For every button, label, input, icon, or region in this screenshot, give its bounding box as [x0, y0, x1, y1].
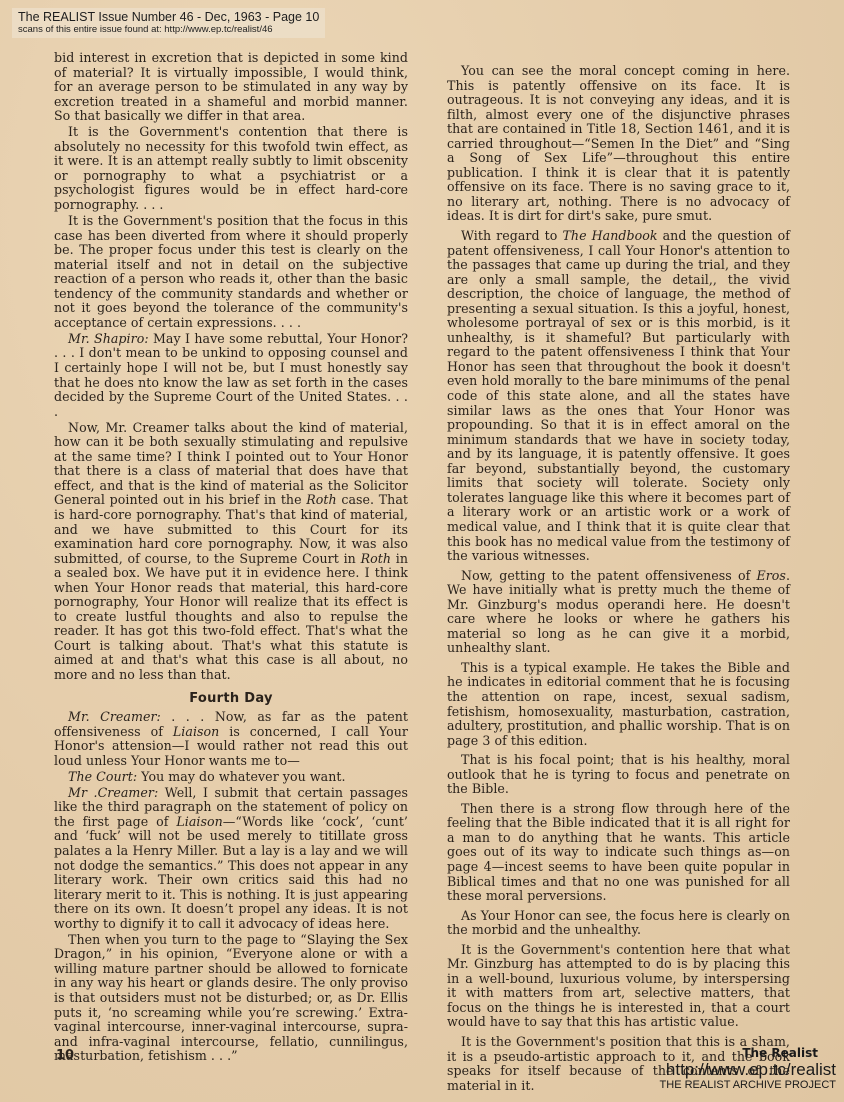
text-run: and the question of patent offensiveness…	[447, 228, 790, 563]
paragraph: This is a typical example. He takes the …	[447, 661, 790, 748]
paragraph: Then when you turn to the page to “Slayi…	[54, 933, 408, 1064]
speaker-name: Mr. Shapiro:	[68, 331, 149, 346]
paragraph: The Court: You may do whatever you want.	[54, 770, 408, 785]
archive-url[interactable]: http://www.ep.tc/realist	[660, 1060, 836, 1079]
paragraph: Now, Mr. Creamer talks about the kind of…	[54, 421, 408, 683]
text-run: in a sealed box. We have put it in evide…	[54, 551, 408, 682]
scan-header: The REALIST Issue Number 46 - Dec, 1963 …	[12, 8, 325, 38]
paragraph: Mr .Creamer: Well, I submit that certain…	[54, 786, 408, 931]
paragraph: It is the Government's position that the…	[54, 214, 408, 330]
issue-title: The REALIST Issue Number 46 - Dec, 1963 …	[18, 10, 319, 24]
page-number: 10	[56, 1048, 74, 1063]
paragraph: It is the Government's contention that t…	[54, 125, 408, 212]
paragraph: That is his focal point; that is his hea…	[447, 753, 790, 797]
scan-source-note: scans of this entire issue found at: htt…	[18, 24, 319, 35]
paragraph: Mr. Shapiro: May I have some rebuttal, Y…	[54, 332, 408, 419]
text-run: —“Words like ‘cock’, ‘cunt’ and ‘fuck’ w…	[54, 814, 408, 931]
case-name: Roth	[361, 551, 391, 566]
publication-name: Eros	[756, 568, 785, 583]
section-heading: Fourth Day	[54, 692, 408, 707]
speaker-name: Mr. Creamer:	[68, 709, 161, 724]
paragraph: Then there is a strong flow through here…	[447, 802, 790, 904]
text-run: With regard to	[461, 228, 562, 243]
text-run: Now, getting to the patent offensiveness…	[461, 568, 756, 583]
archive-footer: The Realist http://www.ep.tc/realist THE…	[660, 1047, 836, 1092]
publication-name: Liaison	[173, 724, 219, 739]
paragraph: It is the Government's contention here t…	[447, 943, 790, 1030]
publication-name: Liaison	[176, 814, 222, 829]
left-column: bid interest in excretion that is depict…	[54, 51, 408, 1065]
right-column: You can see the moral concept coming in …	[447, 64, 790, 1098]
paragraph: You can see the moral concept coming in …	[447, 64, 790, 224]
paragraph: bid interest in excretion that is depict…	[54, 51, 408, 124]
speaker-name: Mr .Creamer:	[68, 785, 158, 800]
paragraph: Mr. Creamer: . . . Now, as far as the pa…	[54, 710, 408, 768]
speech-text: You may do whatever you want.	[137, 769, 345, 784]
archive-project-label: THE REALIST ARCHIVE PROJECT	[660, 1079, 836, 1092]
paragraph: With regard to The Handbook and the ques…	[447, 229, 790, 564]
publication-name: The Handbook	[562, 228, 657, 243]
paragraph: As Your Honor can see, the focus here is…	[447, 909, 790, 938]
paragraph: Now, getting to the patent offensiveness…	[447, 569, 790, 656]
case-name: Roth	[306, 492, 336, 507]
speaker-name: The Court:	[68, 769, 137, 784]
magazine-brand: The Realist	[660, 1047, 818, 1060]
